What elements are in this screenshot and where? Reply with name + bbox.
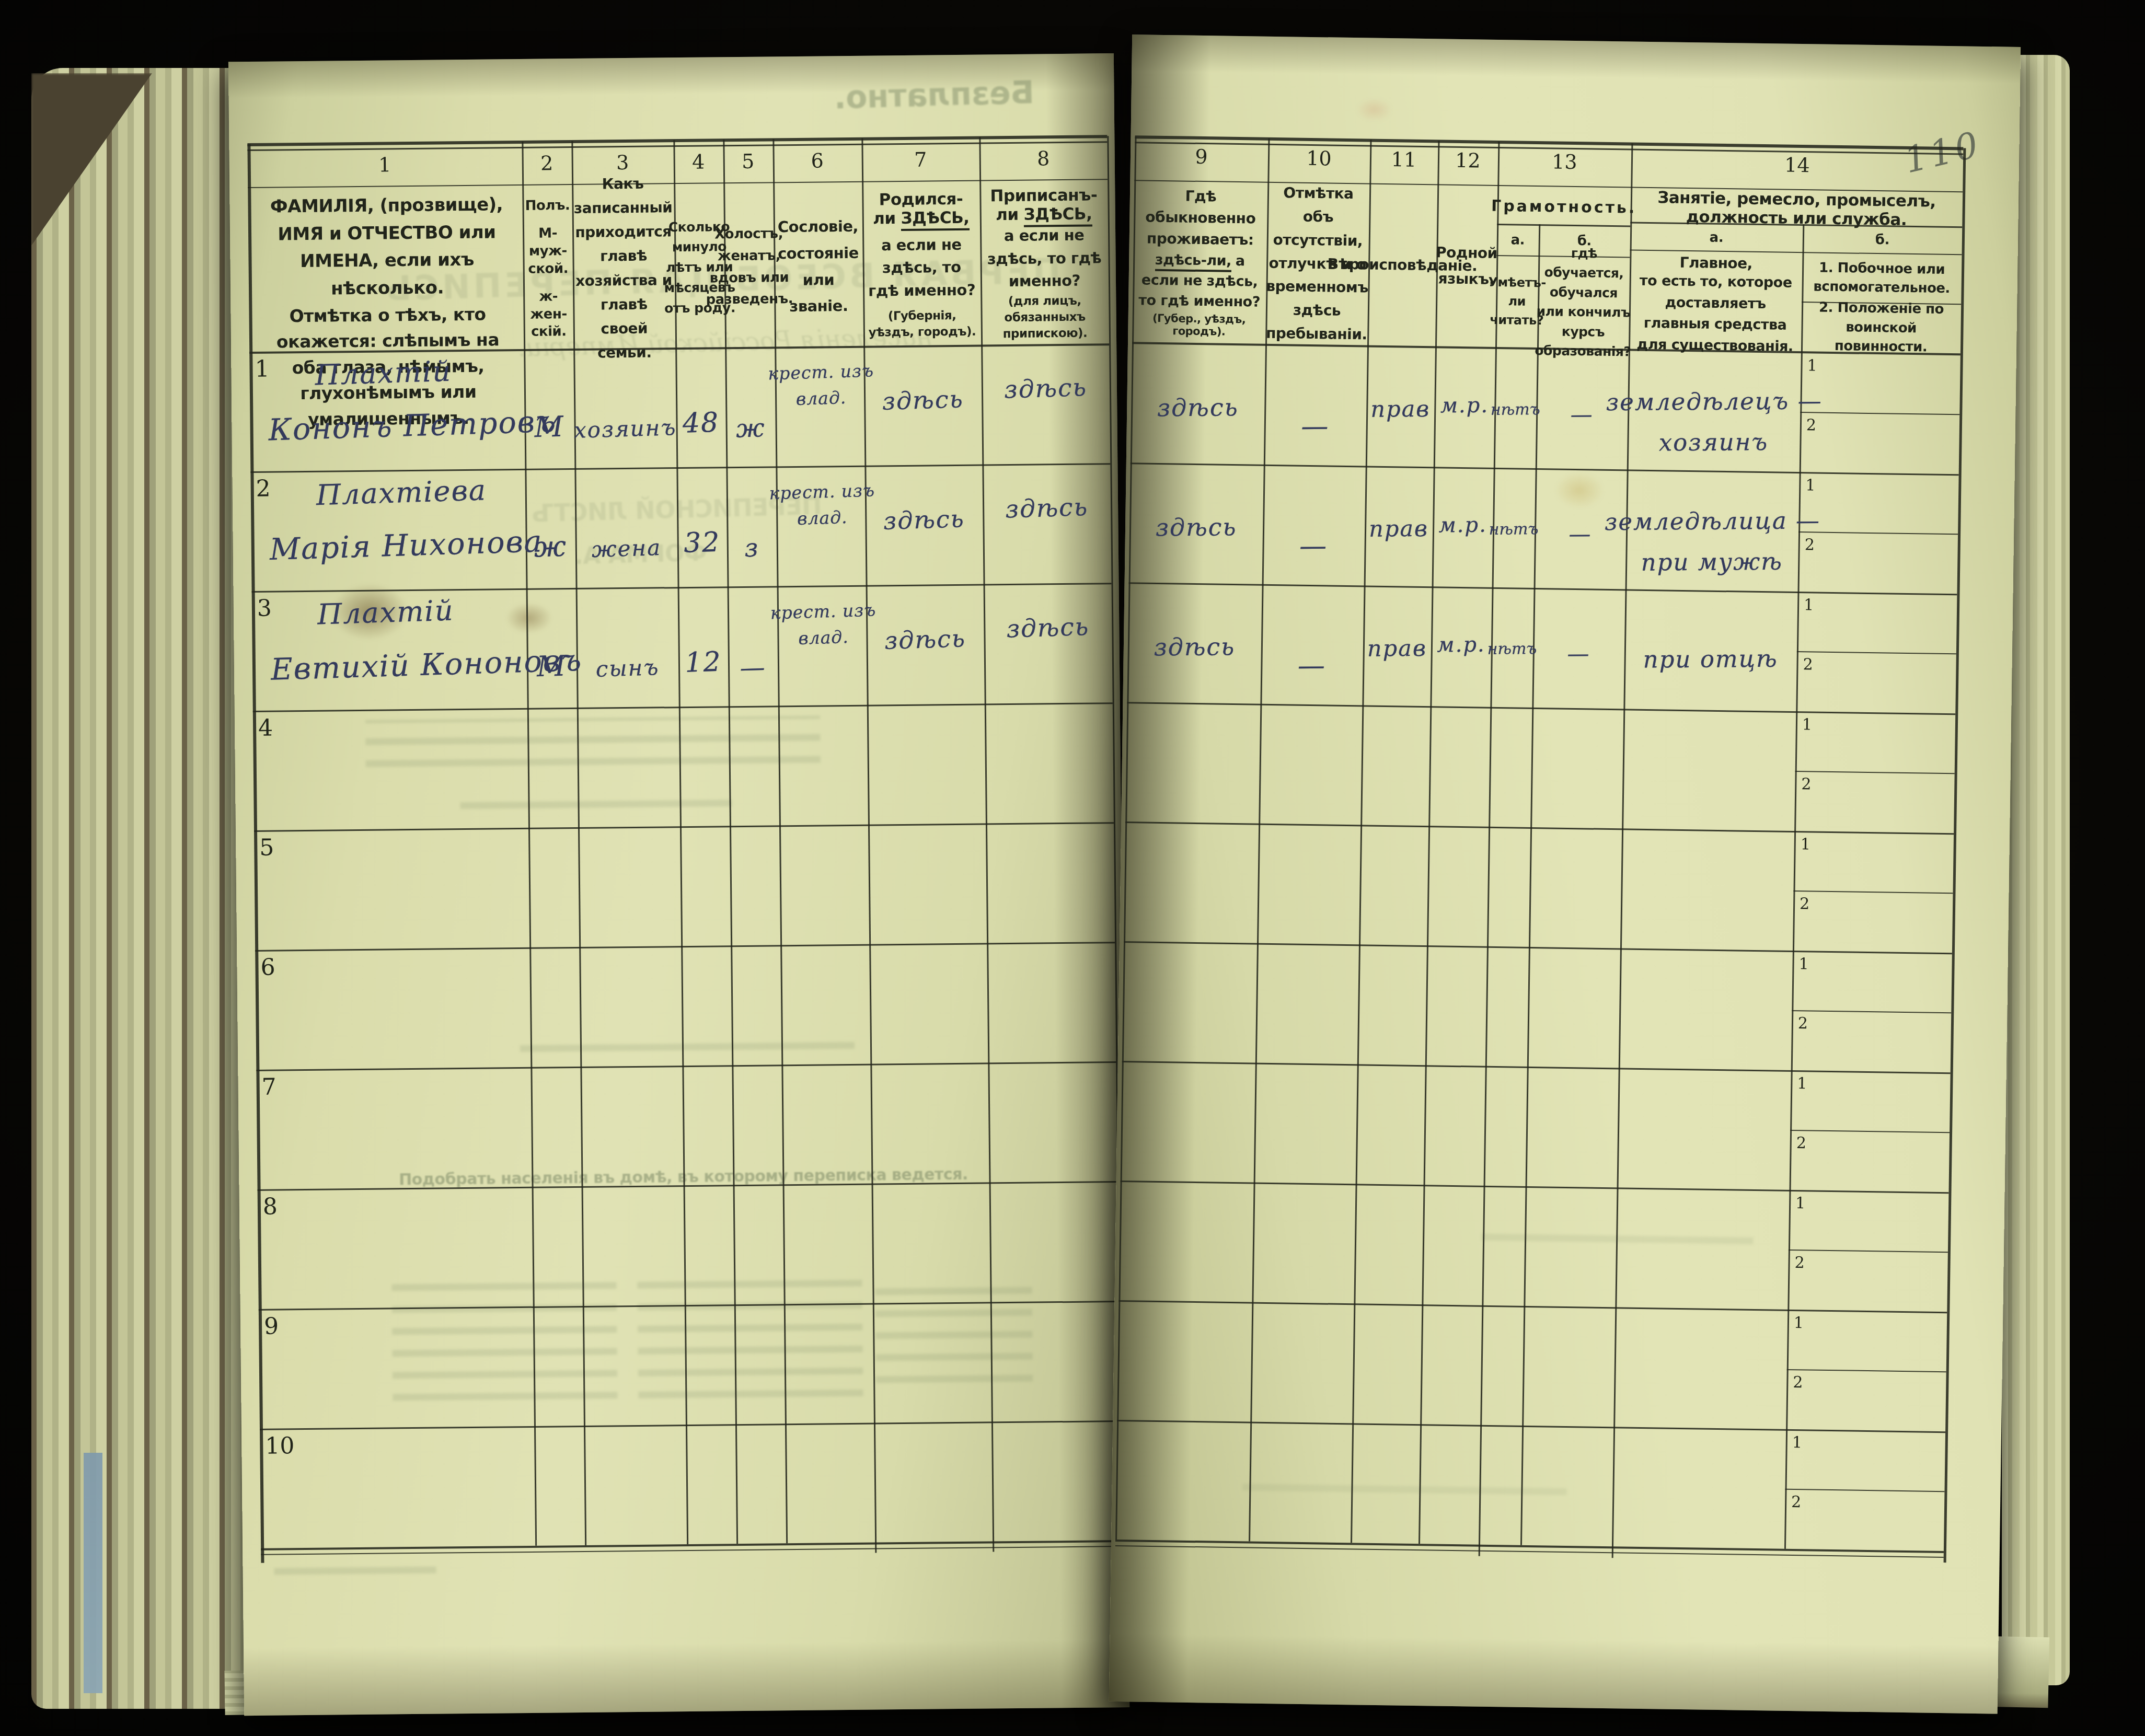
entry-relation: хозяинъ	[574, 414, 676, 443]
row-number: 8	[263, 1193, 299, 1220]
column-number: 7	[861, 142, 979, 178]
grid-line-vertical	[1249, 138, 1270, 1542]
left-table: 12345678ФАМИЛІЯ, (прозвище), ИМЯ и ОТЧЕС…	[228, 53, 1129, 1716]
grid-line-vertical	[522, 142, 537, 1546]
entry-occupation-line1: земледѣлецъ —	[1628, 387, 1800, 416]
entry-relation: сынъ	[576, 654, 678, 682]
book-left-blue-edge	[84, 1453, 102, 1693]
entry-surname: Плахтіева	[316, 473, 487, 512]
subrow-digit-1: 1	[1807, 356, 1817, 375]
row-number: 2	[256, 475, 292, 502]
column-number: 9	[1135, 139, 1268, 175]
entry-religion: прав	[1363, 635, 1431, 662]
grid-line-horizontal	[253, 702, 1113, 712]
column-number: 4	[673, 144, 723, 180]
subrow-digit-1: 1	[1794, 1314, 1804, 1332]
grid-line-horizontal	[259, 1301, 1118, 1310]
entry-age: 48	[676, 407, 726, 439]
subrow-digit-1: 1	[1804, 596, 1814, 614]
grid-line-vertical	[1419, 141, 1439, 1544]
entry-marital: —	[728, 652, 778, 683]
census-form-right-page: 110 91011121314Гдѣ обыкновенно проживает…	[1109, 34, 2021, 1714]
column-9-line2: здѣсь-ли,а если не здѣсь, то гдѣ именно?	[1135, 249, 1265, 313]
column-14-title: Занятіе, ремесло, промыселъ, должность и…	[1630, 192, 1963, 226]
right-table: 91011121314Гдѣ обыкновенно проживаетъ:зд…	[1109, 34, 2021, 1714]
grid-line-horizontal	[1787, 1369, 1946, 1372]
entry-birthplace: здѣсь	[865, 504, 984, 536]
entry-native-language: м.р.	[1431, 633, 1491, 657]
entry-occupation-line1: при отцѣ	[1624, 645, 1797, 674]
grid-line-horizontal	[1124, 941, 1952, 954]
column-14a-desc-main: Главное,	[1679, 254, 1752, 272]
column-8-header-paren: (для лицъ, обязанныхъ припискою).	[983, 293, 1106, 342]
entry-sex: ж	[525, 529, 576, 564]
entry-estate-line2: влад.	[779, 387, 863, 410]
row-number: 4	[258, 714, 295, 742]
column-7-header-paren: (Губернія, уѣздъ, городъ).	[866, 308, 978, 341]
row-number: 9	[264, 1313, 301, 1340]
grid-line-horizontal	[1118, 1300, 1947, 1313]
column-number: 12	[1438, 143, 1498, 178]
subrow-digit-2: 2	[1798, 1014, 1808, 1033]
grid-line-vertical	[1479, 142, 1500, 1556]
entry-registered: здѣсь	[982, 492, 1111, 525]
grid-line-horizontal	[1800, 412, 1959, 415]
grid-line-horizontal	[254, 822, 1114, 831]
entry-native-language: м.р.	[1433, 513, 1493, 538]
column-number: 2	[522, 145, 572, 181]
row-number: 3	[257, 595, 294, 622]
subrow-digit-2: 2	[1800, 895, 1810, 913]
grid-line-horizontal	[1117, 1420, 1945, 1433]
subrow-digit-1: 1	[1802, 715, 1813, 734]
column-number: 1	[247, 146, 522, 184]
subrow-digit-2: 2	[1805, 536, 1815, 554]
subrow-digit-1: 1	[1798, 955, 1809, 973]
column-number: 11	[1370, 143, 1438, 177]
entry-marital: ж	[725, 413, 776, 444]
column-9-pre: Гдѣ обыкновенно проживаетъ:	[1136, 186, 1266, 251]
entry-religion: прав	[1365, 516, 1433, 542]
column-number: 5	[723, 143, 773, 179]
column-12-header: Родной языкъ.	[1438, 190, 1495, 341]
grid-line-horizontal	[255, 942, 1115, 951]
column-9-emphasis: здѣсь-ли,	[1155, 252, 1232, 272]
column-number: 13	[1498, 144, 1632, 180]
entry-residence: здѣсь	[1131, 393, 1264, 422]
column-14a-desc-rest: то есть то, которое доставляетъ главныя …	[1634, 271, 1797, 357]
entry-estate-line1: крест. изъ	[781, 600, 865, 623]
grid-line-vertical	[772, 139, 788, 1543]
row-number: 6	[260, 954, 297, 981]
column-3-header: Какъ записанный приходится главѣ хозяйст…	[574, 191, 673, 346]
row-number: 5	[259, 834, 296, 861]
column-14b-desc2: 2. Положеніе по воинской повинности.	[1804, 304, 1958, 351]
column-14a-label: а.	[1630, 224, 1803, 251]
subrow-digit-2: 2	[1803, 655, 1813, 674]
column-13b-desc: гдѣ обучается, обучался или кончилъ курс…	[1540, 260, 1627, 344]
subrow-digit-1: 1	[1801, 835, 1811, 853]
subrow-digit-2: 2	[1801, 775, 1812, 793]
column-14b-label: б.	[1803, 227, 1963, 253]
grid-line-vertical	[723, 140, 738, 1544]
grid-line-horizontal	[1789, 1249, 1948, 1253]
subrow-digit-2: 2	[1794, 1254, 1805, 1272]
column-7-header-rest: а если не здѣсь, то гдѣ именно?	[865, 233, 978, 303]
column-7-header: Родился-лиЗДѢСЬ,а если не здѣсь, то гдѣ …	[864, 187, 978, 344]
column-9-header: Гдѣ обыкновенно проживаетъ:здѣсь-ли,а ес…	[1134, 185, 1265, 338]
grid-line-horizontal	[1795, 771, 1955, 774]
column-number: 8	[979, 140, 1108, 177]
column-6-header: Сословіе, состояніе или званіе.	[776, 189, 861, 344]
column-number: 10	[1268, 141, 1370, 176]
column-5-header: Холостъ, женатъ, вдовъ или разведенъ.	[725, 190, 773, 344]
entry-birthplace: здѣсь	[866, 623, 985, 655]
grid-line-horizontal	[261, 1540, 1121, 1550]
entry-surname: Плахтій	[317, 594, 454, 631]
grid-line-horizontal	[1790, 1130, 1950, 1133]
grid-line-vertical	[1351, 140, 1371, 1543]
entry-native-language: м.р.	[1434, 394, 1494, 418]
column-13a-label: а.	[1497, 227, 1539, 253]
grid-line-vertical	[673, 140, 688, 1544]
subrow-digit-1: 1	[1792, 1433, 1803, 1452]
entry-registered: здѣсь	[984, 612, 1113, 644]
entry-absence-mark: —	[1262, 530, 1364, 562]
column-8-header: Приписанъ-лиЗДѢСЬ,а если не здѣсь, то гд…	[982, 185, 1106, 343]
entry-occupation-line2: хозяинъ	[1627, 428, 1800, 457]
grid-line-horizontal	[256, 1061, 1116, 1071]
census-form-left-page: Безплатно. ПЕРВАЯ ВСЕОБЩАЯ ПЕРЕПИСЬ насе…	[228, 53, 1129, 1716]
entry-religion: прав	[1366, 396, 1434, 423]
entry-relation: жена	[575, 534, 677, 563]
grid-line-horizontal	[1122, 1061, 1951, 1074]
column-1-main: ФАМИЛІЯ, (прозвище), ИМЯ и ОТЧЕСТВО или …	[258, 191, 515, 303]
grid-line-horizontal	[260, 1420, 1120, 1430]
grid-line-vertical	[861, 138, 877, 1553]
entry-can-read: нѣтъ	[1494, 400, 1536, 419]
entry-sex: М	[524, 410, 575, 444]
entry-estate-line2: влад.	[781, 626, 866, 649]
grid-line-horizontal	[250, 463, 1110, 472]
grid-line-horizontal	[1785, 1489, 1945, 1492]
entry-education-mark: —	[1533, 641, 1624, 667]
subrow-digit-1: 1	[1795, 1194, 1806, 1212]
grid-line-horizontal	[1497, 224, 1630, 227]
entry-marital: з	[726, 533, 777, 563]
subrow-digit-2: 2	[1796, 1134, 1807, 1152]
entry-age: 32	[677, 526, 728, 559]
entry-surname: Плахтій	[315, 355, 452, 392]
grid-line-vertical	[1944, 148, 1966, 1563]
grid-line-horizontal	[1794, 890, 1953, 894]
column-14b-desc1: 1. Побочное или вспомогательное.	[1804, 254, 1959, 302]
entry-estate-line2: влад.	[780, 506, 864, 529]
column-7-header-line1: Родился-лиЗДѢСЬ,	[864, 189, 977, 228]
entry-registered: здѣсь	[981, 373, 1110, 405]
grid-line-horizontal	[1125, 821, 1954, 835]
column-11-header: Вѣроисповѣданіе.	[1370, 190, 1435, 341]
subrow-digit-2: 2	[1806, 416, 1817, 434]
entry-absence-mark: —	[1261, 650, 1363, 681]
column-1-header: ФАМИЛІЯ, (прозвище), ИМЯ и ОТЧЕСТВО или …	[258, 191, 516, 350]
grid-line-horizontal	[252, 583, 1112, 592]
column-14a-desc: Главное,то есть то, которое доставляетъ …	[1634, 253, 1797, 347]
entry-estate-line1: крест. изъ	[779, 361, 863, 384]
column-9-paren: (Губер., уѣздъ, городъ).	[1134, 311, 1264, 338]
column-2-female: ж-жен-скій.	[524, 288, 573, 341]
entry-residence: здѣсь	[1129, 513, 1263, 542]
column-2-header: Полъ.М-муж-ской.ж-жен-скій.	[523, 192, 573, 346]
subrow-digit-2: 2	[1793, 1373, 1803, 1392]
grid-line-vertical	[1784, 224, 1804, 1549]
entry-absence-mark: —	[1264, 410, 1366, 442]
grid-line-horizontal	[1792, 1010, 1951, 1013]
entry-can-read: нѣтъ	[1493, 520, 1535, 539]
entry-sex: М	[526, 649, 577, 684]
subrow-digit-2: 2	[1791, 1493, 1802, 1511]
column-7-header-emphasis: ЗДѢСЬ,	[901, 209, 969, 231]
column-13a-desc: Умѣетъ-ли читать?	[1496, 259, 1537, 343]
grid-line-horizontal	[1121, 1181, 1949, 1194]
entry-occupation-line2: при мужѣ	[1625, 548, 1798, 576]
entry-residence: здѣсь	[1128, 632, 1261, 662]
entry-can-read: нѣтъ	[1491, 640, 1533, 658]
entry-birthplace: здѣсь	[863, 384, 982, 416]
column-2-title: Полъ.	[525, 197, 570, 215]
grid-line-horizontal	[1129, 582, 1957, 595]
column-13-title: Грамотность.	[1497, 190, 1631, 224]
row-number: 10	[265, 1432, 302, 1460]
row-number: 1	[255, 355, 291, 383]
column-8-header-line1: Приписанъ-лиЗДѢСЬ,	[982, 186, 1105, 224]
entry-age: 12	[678, 646, 729, 679]
grid-line-horizontal	[1798, 531, 1958, 535]
scanned-census-book-photo: Безплатно. ПЕРВАЯ ВСЕОБЩАЯ ПЕРЕПИСЬ насе…	[0, 0, 2145, 1736]
entry-occupation-line1: земледѣлица —	[1626, 507, 1798, 536]
grid-line-horizontal	[1131, 462, 1959, 476]
grid-line-vertical	[979, 137, 994, 1552]
subrow-digit-1: 1	[1797, 1074, 1807, 1093]
row-number: 7	[261, 1073, 298, 1101]
entry-estate-line1: крест. изъ	[780, 480, 864, 503]
column-2-male: М-муж-ской.	[524, 225, 572, 278]
book-left-page-stack	[31, 68, 246, 1709]
subrow-digit-1: 1	[1805, 476, 1816, 494]
entry-name: Марія Нихонова	[269, 524, 544, 567]
grid-line-horizontal	[1127, 702, 1955, 715]
grid-line-horizontal	[1797, 651, 1956, 654]
column-8-header-rest: а если не здѣсь, то гдѣ именно?	[983, 224, 1106, 293]
column-number: 14	[1631, 146, 1963, 184]
grid-line-horizontal	[258, 1181, 1117, 1190]
column-number: 6	[772, 143, 862, 179]
